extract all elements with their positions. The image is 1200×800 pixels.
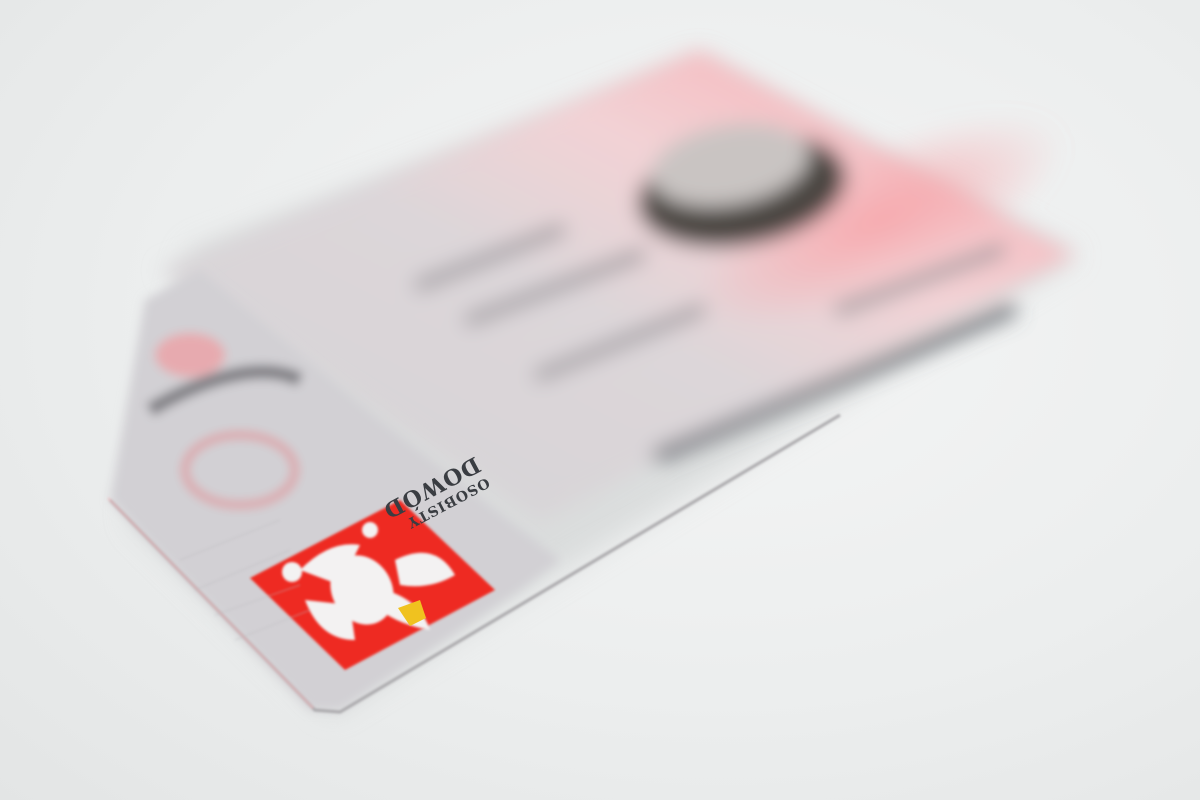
- photo-scene: OSOBISTY DOWÓD: [0, 0, 1200, 800]
- id-card: [0, 0, 1200, 800]
